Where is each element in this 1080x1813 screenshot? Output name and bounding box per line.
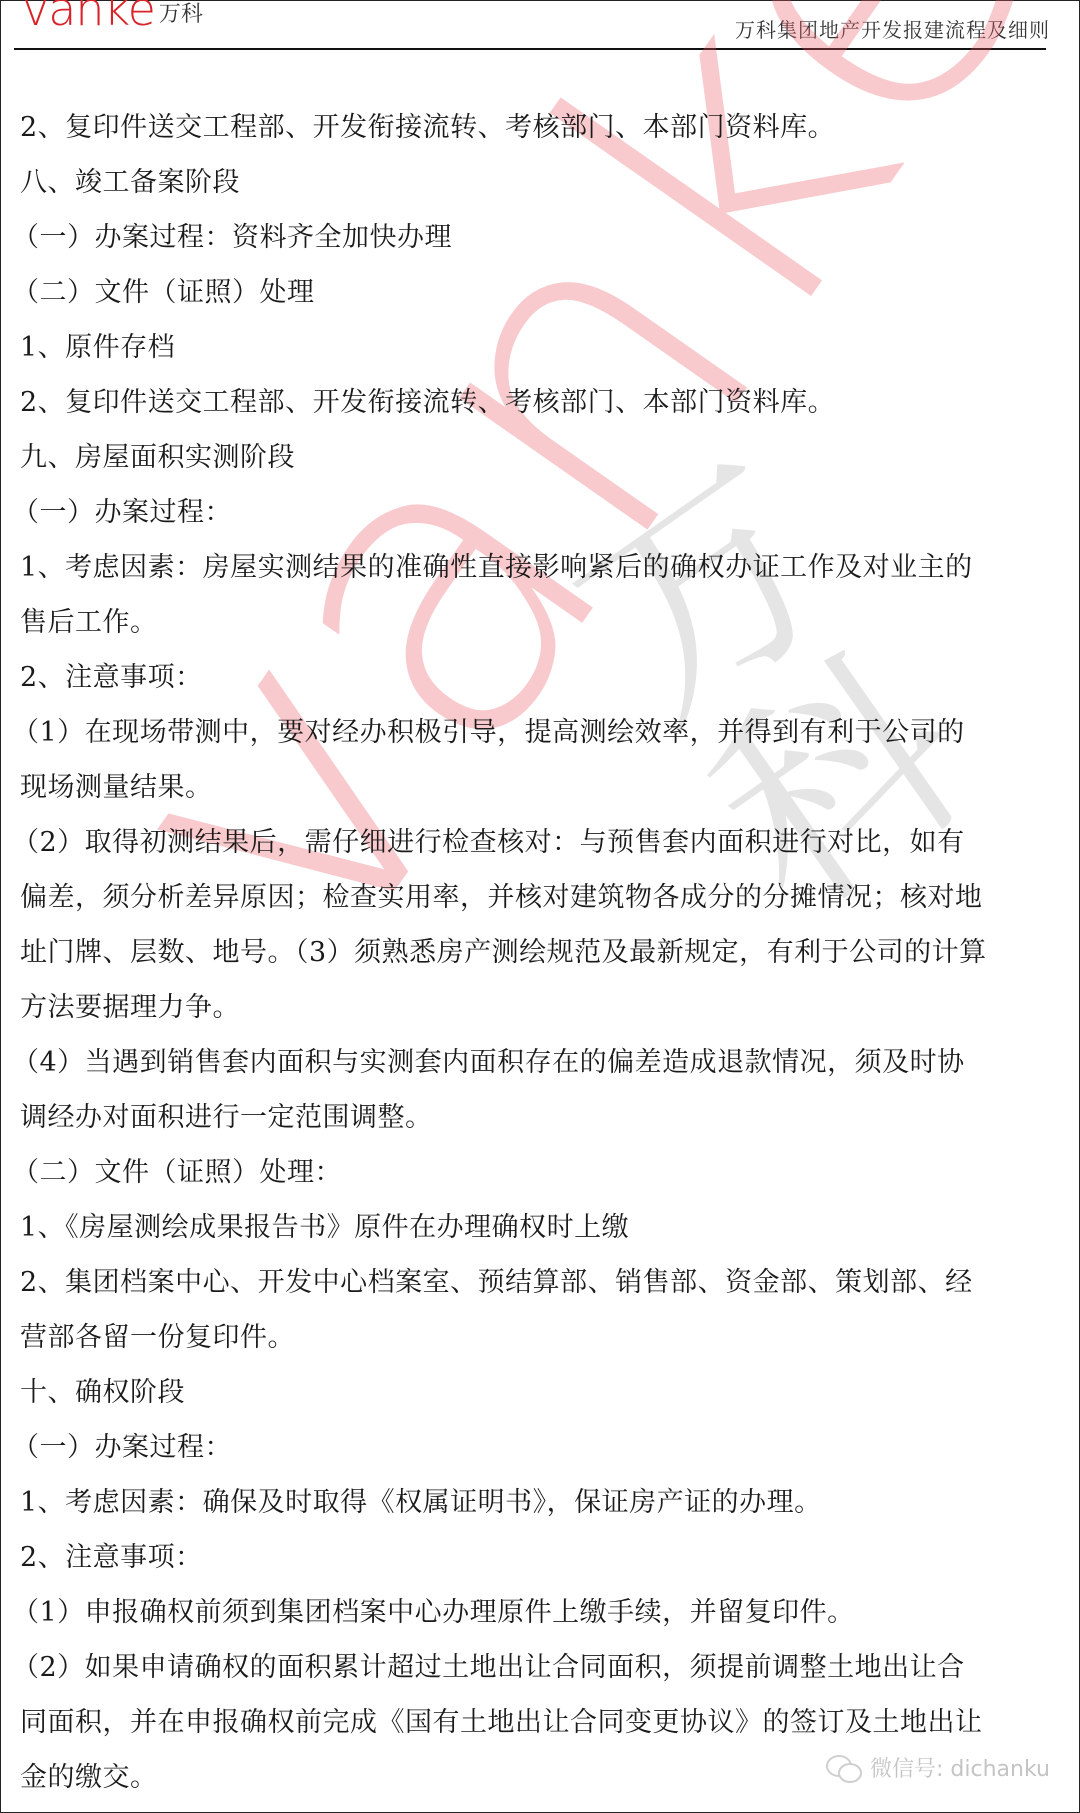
section-heading: 九、房屋面积实测阶段 — [20, 430, 1060, 485]
wechat-icon — [824, 1753, 864, 1783]
body-line: 2、复印件送交工程部、开发衔接流转、考核部门、本部门资料库。 — [20, 375, 1060, 430]
body-line: 1、《房屋测绘成果报告书》原件在办理确权时上缴 — [20, 1200, 1060, 1255]
body-line: 1、考虑因素：房屋实测结果的准确性直接影响紧后的确权办证工作及对业主的 — [20, 540, 1060, 595]
body-line: 售后工作。 — [20, 595, 1060, 650]
body-line: 2、注意事项： — [20, 650, 1060, 705]
body-line: 2、复印件送交工程部、开发衔接流转、考核部门、本部门资料库。 — [20, 100, 1060, 155]
section-heading: 八、竣工备案阶段 — [20, 155, 1060, 210]
page-header: vanke 万科 万科集团地产开发报建流程及细则 — [0, 0, 1080, 50]
logo-text-cn: 万科 — [159, 0, 203, 28]
body-line: （1）在现场带测中，要对经办积极引导，提高测绘效率，并得到有利于公司的 — [12, 705, 1060, 760]
vanke-logo: vanke 万科 — [22, 0, 203, 32]
body-line: 营部各留一份复印件。 — [20, 1310, 1060, 1365]
body-line: （2）如果申请确权的面积累计超过土地出让合同面积，须提前调整土地出让合 — [12, 1640, 1060, 1695]
subsection-heading: （一）办案过程： — [12, 1420, 1060, 1475]
body-line: 址门牌、层数、地号。（3）须熟悉房产测绘规范及最新规定，有利于公司的计算 — [20, 925, 1060, 980]
body-line: 现场测量结果。 — [20, 760, 1060, 815]
body-line: 方法要据理力争。 — [20, 980, 1060, 1035]
body-line: （4）当遇到销售套内面积与实测套内面积存在的偏差造成退款情况，须及时协 — [12, 1035, 1060, 1090]
section-heading: 十、确权阶段 — [20, 1365, 1060, 1420]
body-line: （2）取得初测结果后，需仔细进行检查核对：与预售套内面积进行对比，如有 — [12, 815, 1060, 870]
header-rule-right — [534, 48, 1046, 50]
body-line: 2、注意事项： — [20, 1530, 1060, 1585]
body-line: 偏差，须分析差异原因；检查实用率，并核对建筑物各成分的分摊情况；核对地 — [20, 870, 1060, 925]
body-line: 2、集团档案中心、开发中心档案室、预结算部、销售部、资金部、策划部、经 — [20, 1255, 1060, 1310]
header-rule-left — [14, 48, 534, 50]
document-title: 万科集团地产开发报建流程及细则 — [735, 14, 1050, 43]
body-line: 调经办对面积进行一定范围调整。 — [20, 1090, 1060, 1145]
wechat-id-text: 微信号: dichanku — [870, 1752, 1050, 1783]
subsection-heading: （一）办案过程： — [12, 485, 1060, 540]
subsection-heading: （一）办案过程：资料齐全加快办理 — [12, 210, 1060, 265]
body-line: 同面积，并在申报确权前完成《国有土地出让合同变更协议》的签订及土地出让 — [20, 1695, 1060, 1750]
wechat-watermark: 微信号: dichanku — [824, 1752, 1050, 1783]
body-line: （1）申报确权前须到集团档案中心办理原件上缴手续，并留复印件。 — [12, 1585, 1060, 1640]
document-body: 2、复印件送交工程部、开发衔接流转、考核部门、本部门资料库。 八、竣工备案阶段 … — [20, 100, 1060, 1805]
logo-text-en: vanke — [22, 0, 155, 32]
subsection-heading: （二）文件（证照）处理： — [12, 1145, 1060, 1200]
body-line: 1、考虑因素：确保及时取得《权属证明书》，保证房产证的办理。 — [20, 1475, 1060, 1530]
body-line: 1、原件存档 — [20, 320, 1060, 375]
subsection-heading: （二）文件（证照）处理 — [12, 265, 1060, 320]
